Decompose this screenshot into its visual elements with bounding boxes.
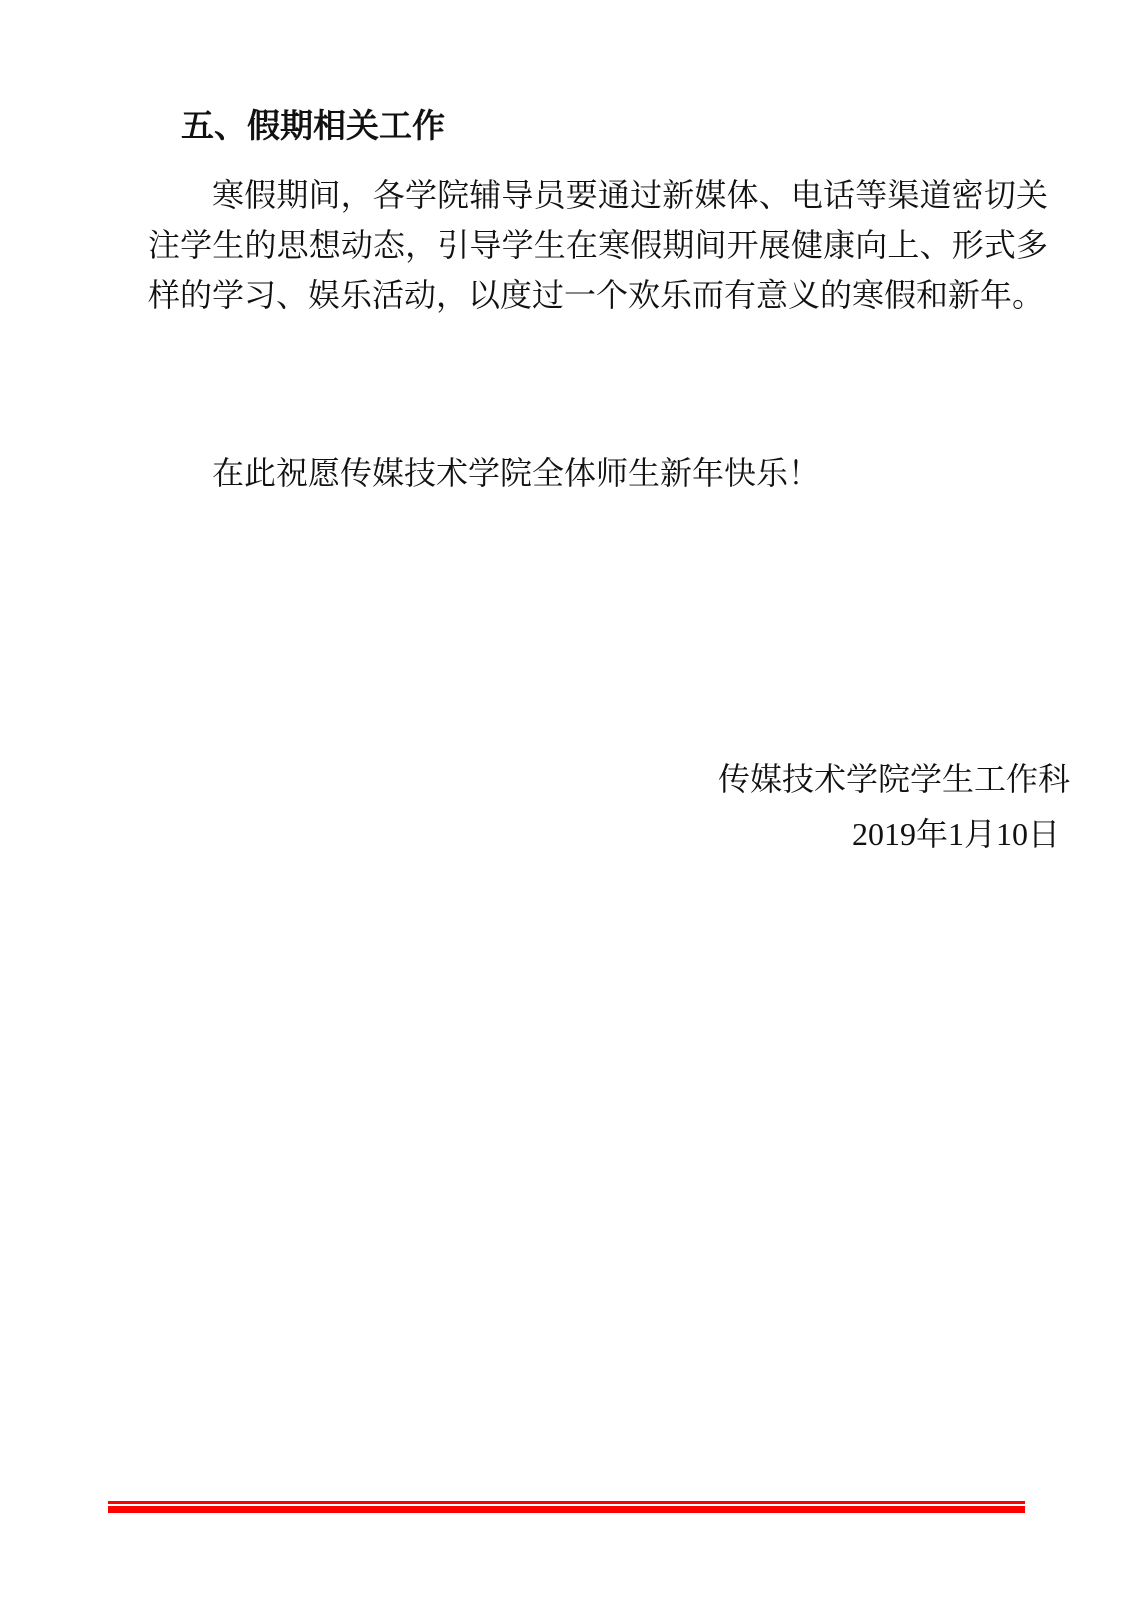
body-paragraph: 寒假期间，各学院辅导员要通过新媒体、电话等渠道密切关注学生的思想动态，引导学生在… — [148, 170, 1048, 320]
footer-rule-thin-line — [108, 1501, 1025, 1504]
footer-rule-thick-line — [108, 1506, 1025, 1513]
signature-department: 传媒技术学院学生工作科 — [718, 752, 1070, 807]
signature-date: 2019年1月10日 — [718, 807, 1070, 862]
section-heading: 五、假期相关工作 — [148, 103, 1048, 149]
new-year-wish-line: 在此祝愿传媒技术学院全体师生新年快乐！ — [148, 448, 1048, 498]
signature-block: 传媒技术学院学生工作科 2019年1月10日 — [718, 752, 1070, 862]
document-page: 五、假期相关工作 寒假期间，各学院辅导员要通过新媒体、电话等渠道密切关注学生的思… — [0, 0, 1132, 1600]
